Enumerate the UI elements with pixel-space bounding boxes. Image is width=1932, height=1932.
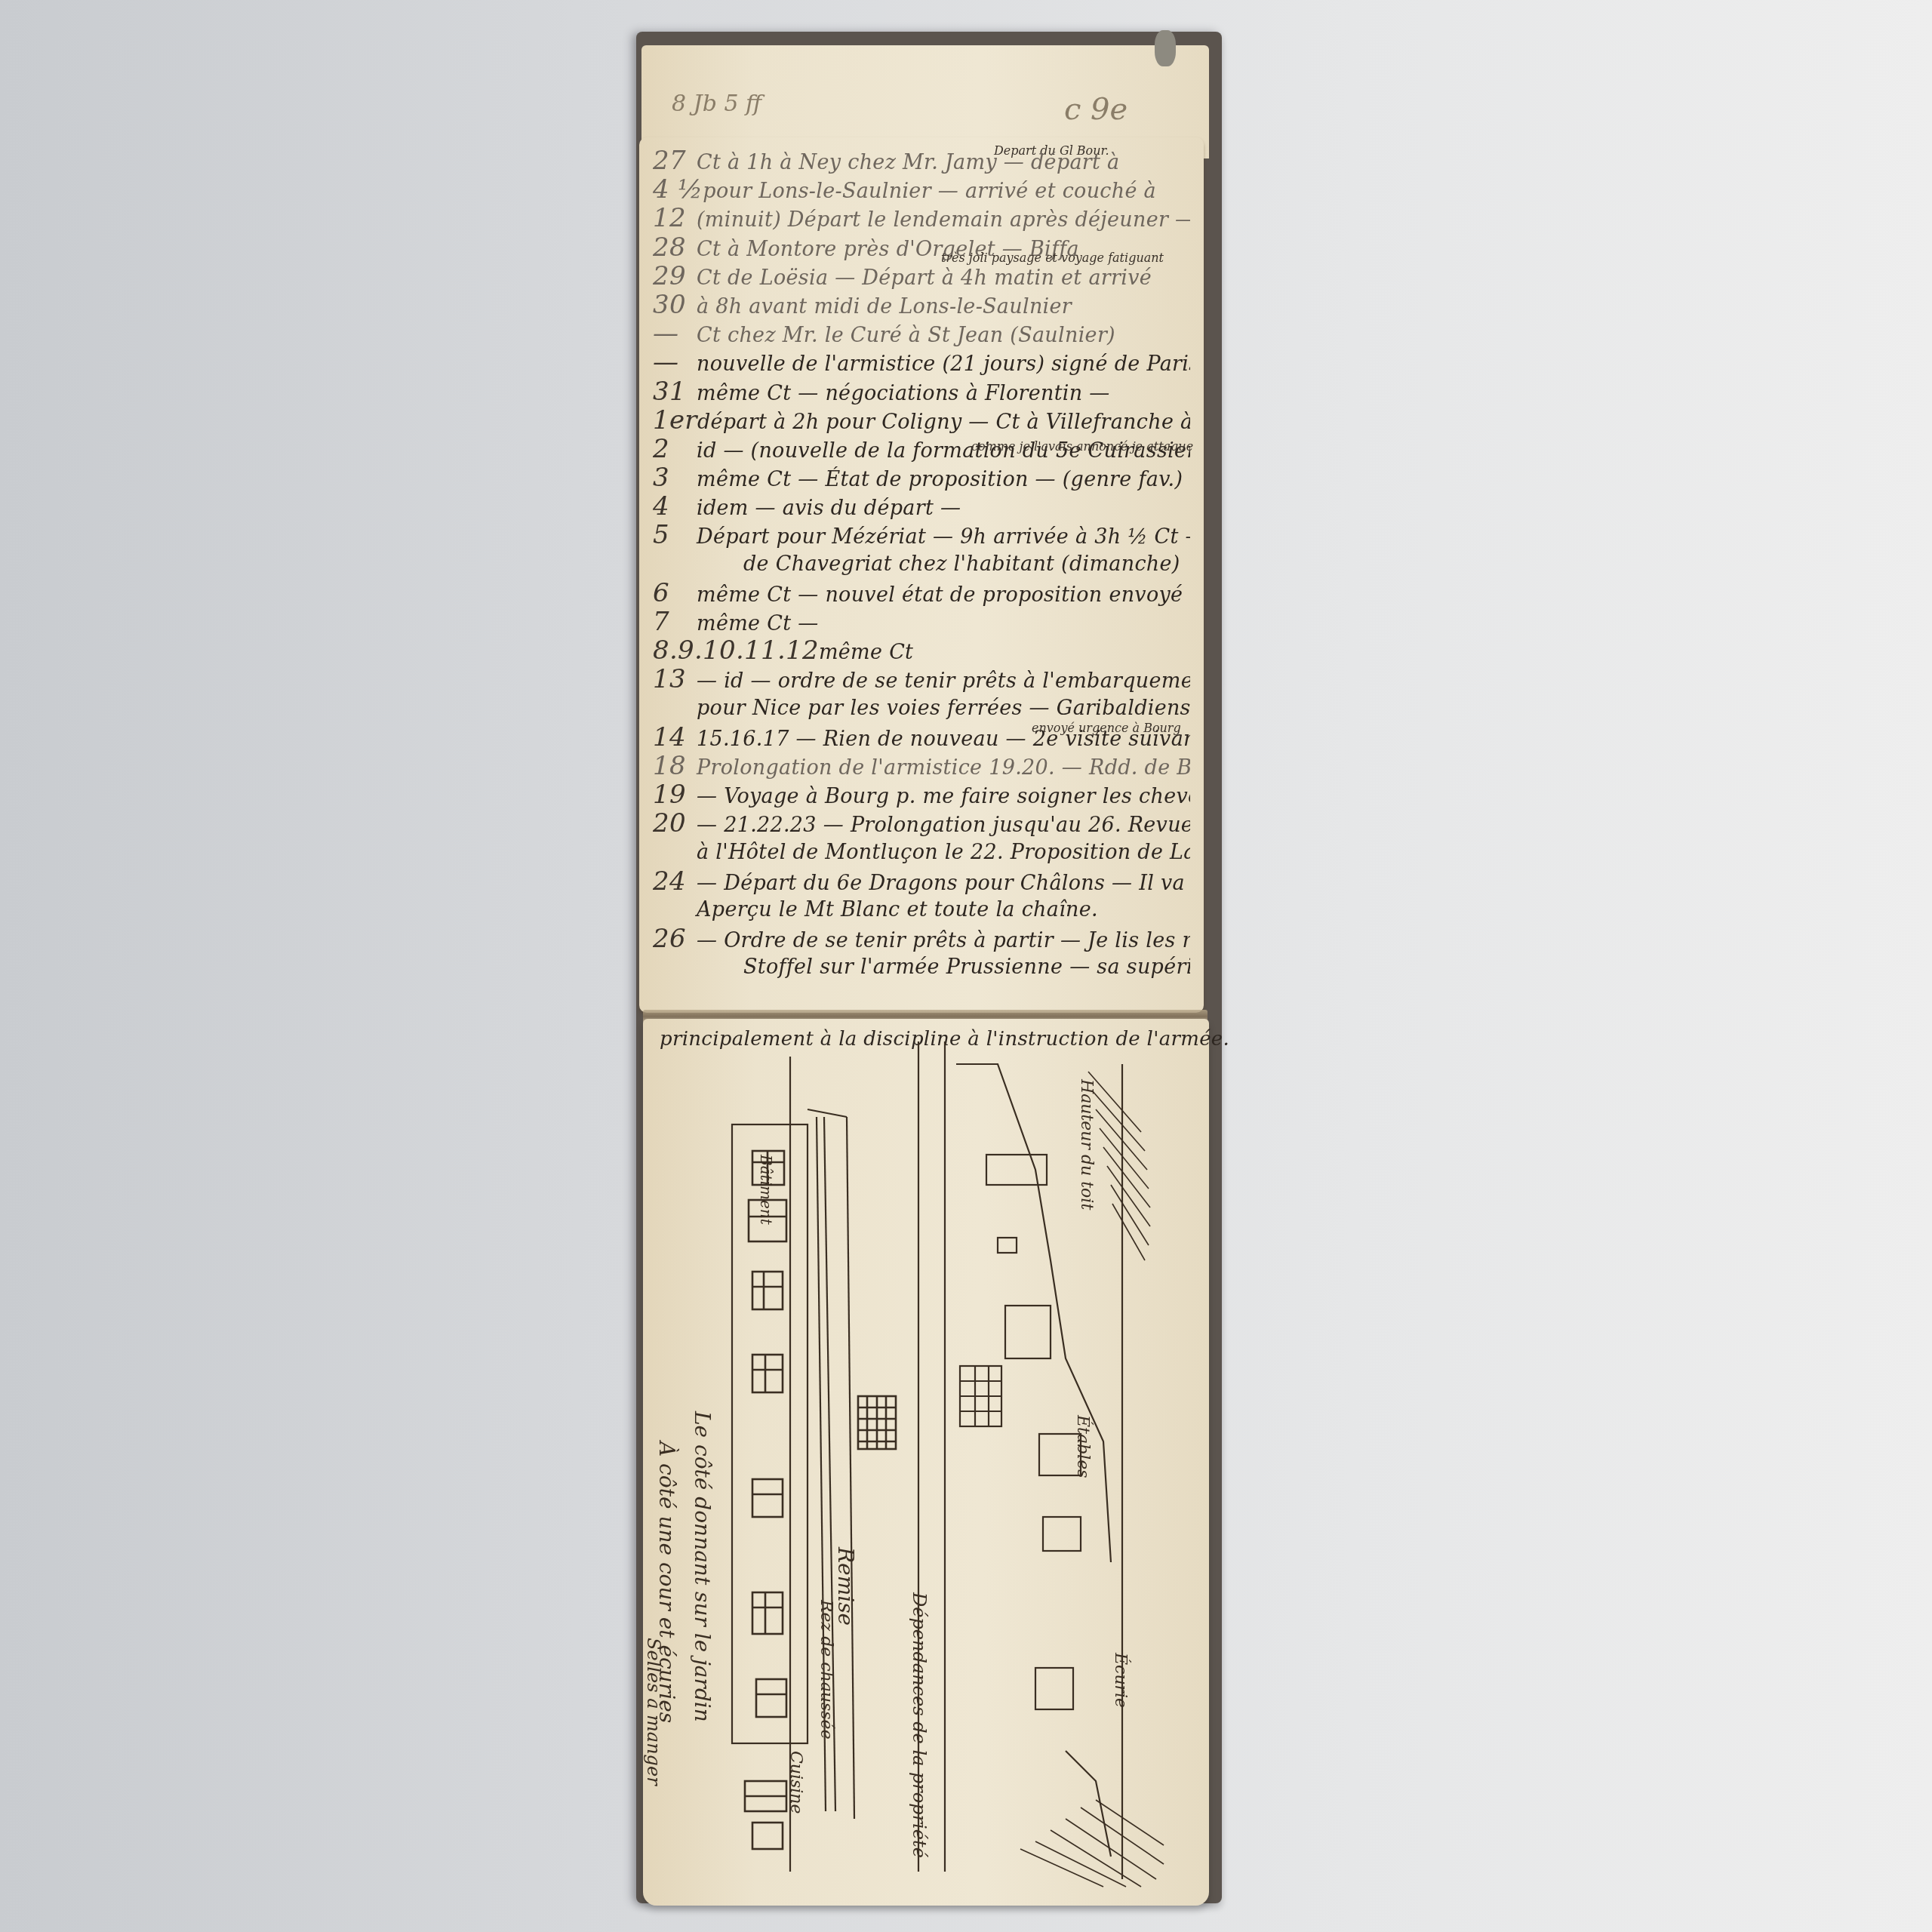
interlinear-note: très joli paysage et voyage fatiguant: [941, 251, 1164, 265]
sketch-label: Dépendances de la propriété: [909, 1592, 930, 1858]
diary-line: à l'Hôtel de Montluçon le 22. Propositio…: [653, 838, 1190, 867]
diary-line: 24— Départ du 6e Dragons pour Châlons — …: [653, 867, 1190, 896]
diary-line: 30à 8h avant midi de Lons-le-Saulnier: [653, 291, 1190, 319]
sketch-label: Bâtiment: [757, 1155, 775, 1225]
sketch-label: Rez de chaussée: [817, 1600, 835, 1740]
sketch-label: Remise: [833, 1547, 858, 1626]
diary-line: Stoffel sur l'armée Prussienne — sa supé…: [653, 953, 1190, 982]
diary-line: 8.9.10.11.12même Ct: [653, 636, 1190, 665]
diary-line: 12(minuit) Départ le lendemain après déj…: [653, 204, 1190, 232]
diary-line: 7même Ct —: [653, 608, 1190, 636]
binding-knot: [1155, 30, 1176, 66]
diary-line: 5Départ pour Mézériat — 9h arrivée à 3h …: [653, 521, 1190, 549]
diary-line: 1erdépart à 2h pour Coligny — Ct à Ville…: [653, 406, 1190, 435]
sketch-label: Hauteur du toit: [1077, 1079, 1096, 1210]
diary-line: 4 ½pour Lons-le-Saulnier — arrivé et cou…: [653, 175, 1190, 204]
diary-line: —Ct chez Mr. le Curé à St Jean (Saulnier…: [653, 319, 1190, 348]
sketch-label: Écurie: [1111, 1653, 1130, 1708]
sketch-label: Selles à manger: [643, 1638, 664, 1786]
diary-line: 26— Ordre de se tenir prêts à partir — J…: [653, 924, 1190, 953]
diary-entries: 27Ct à 1h à Ney chez Mr. Jamy — départ à…: [653, 146, 1190, 982]
flap-left-note: 8 Jb 5 ff: [672, 91, 761, 117]
diary-line: pour Nice par les voies ferrées — Gariba…: [653, 694, 1190, 723]
diary-line: 6même Ct — nouvel état de proposition en…: [653, 579, 1190, 608]
interlinear-note: comme je l'avais annoncé je attaque: [971, 439, 1193, 454]
sketch-page: principalement à la discipline à l'instr…: [643, 1019, 1209, 1906]
diary-line: 4idem — avis du départ —: [653, 492, 1190, 521]
diary-line: 19— Voyage à Bourg p. me faire soigner l…: [653, 780, 1190, 809]
interlinear-note: envoyé urgence à Bourg: [1032, 721, 1181, 735]
diary-line: Aperçu le Mt Blanc et toute la chaîne.: [653, 896, 1190, 924]
sketch-label: Le côté donnant sur le jardin: [690, 1411, 715, 1722]
diary-line: —nouvelle de l'armistice (21 jours) sign…: [653, 348, 1190, 377]
diary-line: 20— 21.22.23 — Prolongation jusqu'au 26.…: [653, 809, 1190, 838]
diary-line: 31même Ct — négociations à Florentin —: [653, 377, 1190, 406]
sketch-label: Cuisine: [786, 1751, 805, 1814]
flap-right-note: c 9e: [1064, 92, 1128, 127]
diary-line: 29Ct de Loësia — Départ à 4h matin et ar…: [653, 262, 1190, 291]
diary-line: 18Prolongation de l'armistice 19.20. — R…: [653, 752, 1190, 780]
diary-line: 3même Ct — État de proposition — (genre …: [653, 463, 1190, 492]
diary-line: de Chavegriat chez l'habitant (dimanche): [653, 550, 1190, 579]
diary-line: 13— id — ordre de se tenir prêts à l'emb…: [653, 665, 1190, 694]
sketch-label: Étables: [1073, 1415, 1092, 1478]
diary-page: Depart du Gl Bour. 27Ct à 1h à Ney chez …: [639, 137, 1204, 1013]
diary-line: 27Ct à 1h à Ney chez Mr. Jamy — départ à: [653, 146, 1190, 175]
